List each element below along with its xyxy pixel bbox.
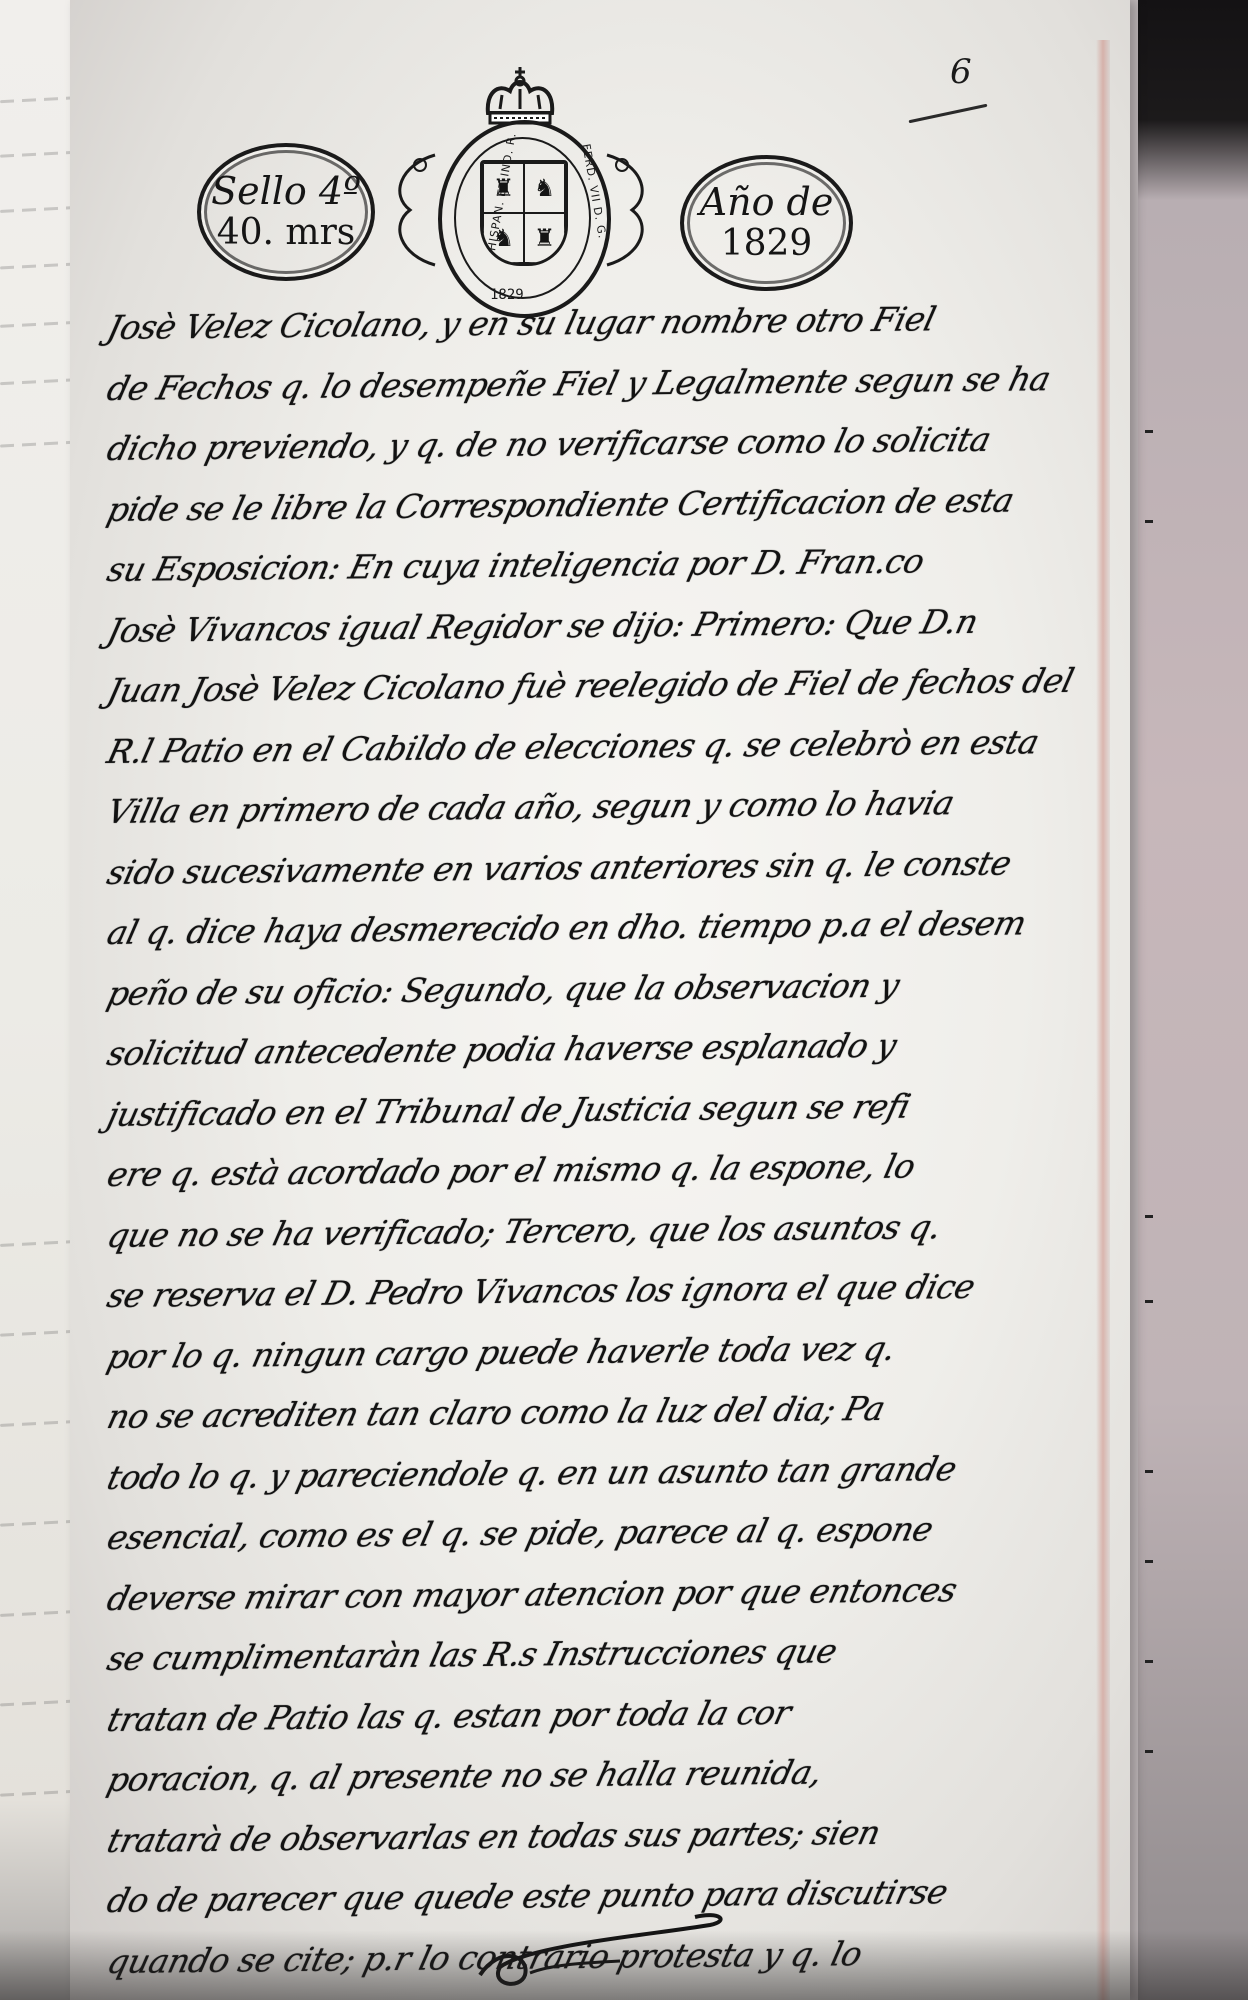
stamp-year-value: 1829 <box>721 223 813 265</box>
manuscript-line: R.l Patio en el Cabildo de elecciones q.… <box>101 711 1128 782</box>
margin-tick <box>1145 1660 1153 1663</box>
ornament-flourish-icon <box>602 145 662 275</box>
stamp-seal: Sello 4º 40. mrs HISPAN. ET IND. R. FERD… <box>155 65 875 315</box>
stamp-price-label: 40. mrs <box>217 212 356 254</box>
royal-coat-of-arms: HISPAN. ET IND. R. FERD. VII D. G. ♜ ♞ ♞… <box>370 65 670 315</box>
margin-tick <box>1145 1470 1153 1473</box>
margin-tick <box>1145 1215 1153 1218</box>
manuscript-line: justificado en el Tribunal de Justicia s… <box>101 1074 1128 1145</box>
manuscript-line: tratan de Patio las q. estan por toda la… <box>101 1679 1128 1750</box>
manuscript-line: ere q. està acordado por el mismo q. la … <box>101 1134 1128 1205</box>
manuscript-line: se cumplimentaràn las R.s Instrucciones … <box>101 1618 1128 1689</box>
manuscript-line: Josè Velez Cicolano, y en su lugar nombr… <box>101 287 1128 358</box>
margin-tick <box>1145 430 1153 433</box>
manuscript-line: peño de su oficio: Segundo, que la obser… <box>101 953 1128 1024</box>
stamp-oval-year: Año de 1829 <box>680 155 853 291</box>
manuscript-line: se reserva el D. Pedro Vivancos los igno… <box>101 1255 1128 1326</box>
manuscript-line: deverse mirar con mayor atencion por que… <box>101 1558 1128 1629</box>
manuscript-line: que no se ha verificado; Tercero, que lo… <box>101 1195 1128 1266</box>
manuscript-line: solicitud antecedente podia haverse espl… <box>101 1013 1128 1084</box>
margin-tick <box>1145 1560 1153 1563</box>
manuscript-line: de Fechos q. lo desempeñe Fiel y Legalme… <box>101 348 1128 419</box>
manuscript-line: dicho previendo, y q. de no verificarse … <box>101 408 1128 479</box>
margin-tick <box>1145 520 1153 523</box>
folio-underline <box>909 104 988 124</box>
lion-icon: ♞ <box>524 163 565 213</box>
manuscript-line: poracion, q. al presente no se halla reu… <box>101 1739 1128 1810</box>
manuscript-line: pide se le libre la Correspondiente Cert… <box>101 469 1128 540</box>
manuscript-line: Juan Josè Velez Cicolano fuè reelegido d… <box>101 650 1128 721</box>
manuscript-line: por lo q. ningun cargo puede haverle tod… <box>101 1316 1128 1387</box>
crown-icon <box>480 65 560 127</box>
manuscript-line: su Esposicion: En cuya inteligencia por … <box>101 529 1128 600</box>
ornament-flourish-icon <box>380 145 440 275</box>
manuscript-line: esencial, como es el q. se pide, parece … <box>101 1497 1128 1568</box>
margin-tick <box>1145 1300 1153 1303</box>
margin-tick <box>1145 1750 1153 1753</box>
castle-icon: ♜ <box>483 163 524 213</box>
manuscript-line: al q. dice haya desmerecido en dho. tiem… <box>101 892 1128 963</box>
shield-icon: ♜ ♞ ♞ ♜ <box>480 160 568 266</box>
stamp-year-label: Año de <box>700 181 834 223</box>
bottom-shadow <box>0 1930 1248 2000</box>
folio-number: 6 <box>950 52 972 92</box>
manuscript-line: no se acrediten tan claro como la luz de… <box>101 1376 1128 1447</box>
manuscript-line: todo lo q. y pareciendole q. en un asunt… <box>101 1437 1128 1508</box>
stamp-sello-label: Sello 4º <box>211 170 361 212</box>
manuscript-line: tratarà de observarlas en todas sus part… <box>101 1800 1128 1871</box>
manuscript-text: Josè Velez Cicolano, y en su lugar nombr… <box>108 298 1118 1992</box>
manuscript-line: Villa en primero de cada año, segun y co… <box>101 771 1128 842</box>
manuscript-line: Josè Vivancos igual Regidor se dijo: Pri… <box>101 590 1128 661</box>
stamp-oval-value: Sello 4º 40. mrs <box>197 143 375 281</box>
manuscript-line: sido sucesivamente en varios anteriores … <box>101 832 1128 903</box>
desk-edge <box>1138 0 1248 2000</box>
